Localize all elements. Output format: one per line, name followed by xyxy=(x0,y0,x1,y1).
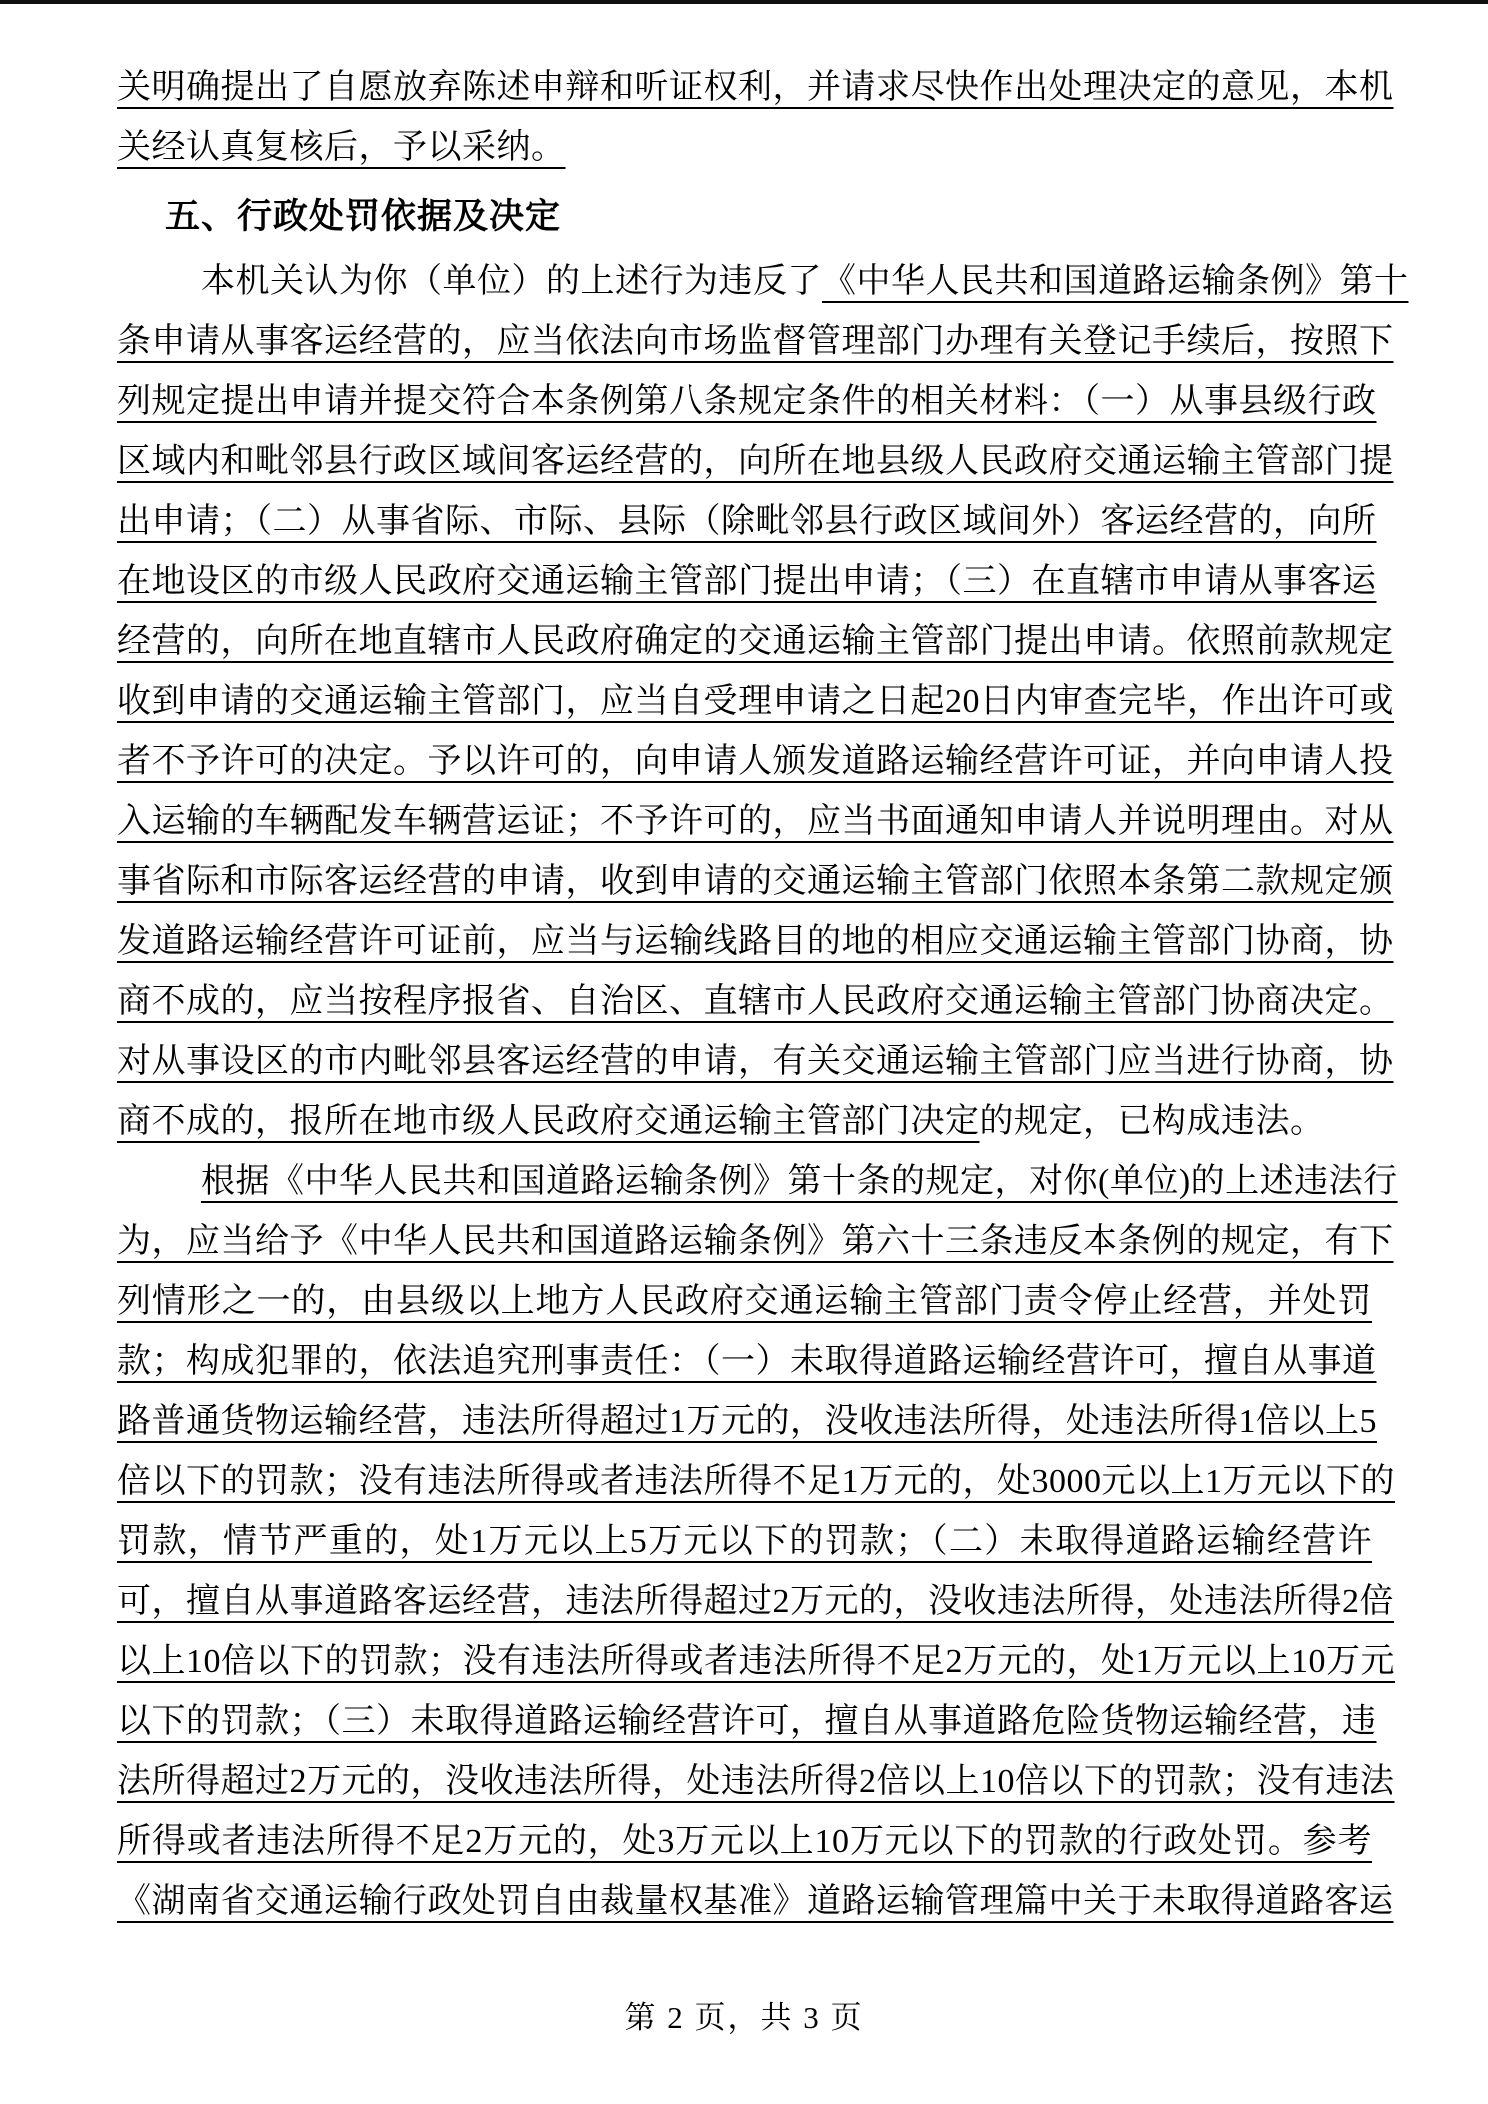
document-line: 在地设区的市级人民政府交通运输主管部门提出申请；（三）在直辖市申请从事客运 xyxy=(117,552,1372,612)
document-line: 列规定提出申请并提交符合本条例第八条规定条件的相关材料：（一）从事县级行政 xyxy=(117,372,1372,432)
underlined-text: 对从事设区的市内毗邻县客运经营的申请，有关交通运输主管部门应当进行协商，协 xyxy=(117,1043,1394,1080)
underlined-text: 所得或者违法所得不足2万元的，处3万元以上10万元以下的罚款的行政处罚。参考 xyxy=(117,1823,1372,1860)
underlined-text: 商不成的，报所在地市级人民政府交通运输主管部门决定 xyxy=(117,1103,980,1140)
underlined-text: 倍以下的罚款；没有违法所得或者违法所得不足1万元的，处3000元以上1万元以下的 xyxy=(117,1463,1395,1500)
document-body: 关明确提出了自愿放弃陈述申辩和听证权利，并请求尽快作出处理决定的意见，本机关经认… xyxy=(117,58,1372,1932)
document-line: 商不成的，报所在地市级人民政府交通运输主管部门决定的规定，已构成违法。 xyxy=(117,1092,1372,1152)
underlined-text: 经营的，向所在地直辖市人民政府确定的交通运输主管部门提出申请。依照前款规定 xyxy=(117,623,1394,660)
document-line: 《湖南省交通运输行政处罚自由裁量权基准》道路运输管理篇中关于未取得道路客运 xyxy=(117,1872,1372,1932)
document-line: 入运输的车辆配发车辆营运证；不予许可的，应当书面通知申请人并说明理由。对从 xyxy=(117,792,1372,852)
document-line: 收到申请的交通运输主管部门，应当自受理申请之日起20日内审查完毕，作出许可或 xyxy=(117,672,1372,732)
underlined-text: 商不成的，应当按程序报省、自治区、直辖市人民政府交通运输主管部门协商决定。 xyxy=(117,983,1394,1020)
document-line: 列情形之一的，由县级以上地方人民政府交通运输主管部门责令停止经营，并处罚 xyxy=(117,1272,1372,1332)
section-five-heading: 五、行政处罚依据及决定 xyxy=(117,184,1372,250)
underlined-text: 在地设区的市级人民政府交通运输主管部门提出申请；（三）在直辖市申请从事客运 xyxy=(117,563,1377,600)
underlined-text: 《中华人民共和国道路运输条例》第十 xyxy=(822,263,1409,300)
underlined-text: 可，擅自从事道路客运经营，违法所得超过2万元的，没收违法所得，处违法所得2倍 xyxy=(117,1583,1394,1620)
underlined-text: 路普通货物运输经营，违法所得超过1万元的，没收违法所得，处违法所得1倍以上5 xyxy=(117,1403,1377,1440)
document-line: 关经认真复核后，予以采纳。 xyxy=(117,118,1372,178)
underlined-text: 罚款，情节严重的，处1万元以上5万元以下的罚款；（二）未取得道路运输经营许 xyxy=(117,1523,1372,1560)
plain-text: 本机关认为你（单位）的上述行为违反了 xyxy=(201,263,822,300)
document-line: 对从事设区的市内毗邻县客运经营的申请，有关交通运输主管部门应当进行协商，协 xyxy=(117,1032,1372,1092)
underlined-text: 入运输的车辆配发车辆营运证；不予许可的，应当书面通知申请人并说明理由。对从 xyxy=(117,803,1394,840)
underlined-text: 《湖南省交通运输行政处罚自由裁量权基准》道路运输管理篇中关于未取得道路客运 xyxy=(117,1883,1394,1920)
underlined-text: 法所得超过2万元的，没收违法所得，处违法所得2倍以上10倍以下的罚款；没有违法 xyxy=(117,1763,1395,1800)
underlined-text: 款；构成犯罪的，依法追究刑事责任：（一）未取得道路运输经营许可，擅自从事道 xyxy=(117,1343,1377,1380)
document-line: 发道路运输经营许可证前，应当与运输线路目的地的相应交通运输主管部门协商，协 xyxy=(117,912,1372,972)
underlined-text: 列情形之一的，由县级以上地方人民政府交通运输主管部门责令停止经营，并处罚 xyxy=(117,1283,1372,1320)
document-line: 出申请；（二）从事省际、市际、县际（除毗邻县行政区域间外）客运经营的，向所 xyxy=(117,492,1372,552)
underlined-text: 收到申请的交通运输主管部门，应当自受理申请之日起20日内审查完毕，作出许可或 xyxy=(117,683,1394,720)
plain-text: 的规定，已构成违法。 xyxy=(980,1103,1325,1140)
document-line: 者不予许可的决定。予以许可的，向申请人颁发道路运输经营许可证，并向申请人投 xyxy=(117,732,1372,792)
document-line: 路普通货物运输经营，违法所得超过1万元的，没收违法所得，处违法所得1倍以上5 xyxy=(117,1392,1372,1452)
underlined-text: 以上10倍以下的罚款；没有违法所得或者违法所得不足2万元的，处1万元以上10万元 xyxy=(117,1643,1395,1680)
document-line: 事省际和市际客运经营的申请，收到申请的交通运输主管部门依照本条第二款规定颁 xyxy=(117,852,1372,912)
document-line: 本机关认为你（单位）的上述行为违反了《中华人民共和国道路运输条例》第十 xyxy=(117,252,1372,312)
underlined-text: 出申请；（二）从事省际、市际、县际（除毗邻县行政区域间外）客运经营的，向所 xyxy=(117,503,1377,540)
document-line: 条申请从事客运经营的，应当依法向市场监督管理部门办理有关登记手续后，按照下 xyxy=(117,312,1372,372)
underlined-text: 关明确提出了自愿放弃陈述申辩和听证权利，并请求尽快作出处理决定的意见，本机 xyxy=(117,69,1394,106)
document-line: 商不成的，应当按程序报省、自治区、直辖市人民政府交通运输主管部门协商决定。 xyxy=(117,972,1372,1032)
underlined-text: 事省际和市际客运经营的申请，收到申请的交通运输主管部门依照本条第二款规定颁 xyxy=(117,863,1394,900)
document-line: 所得或者违法所得不足2万元的，处3万元以上10万元以下的罚款的行政处罚。参考 xyxy=(117,1812,1372,1872)
scan-edge-artifact xyxy=(0,0,1488,4)
underlined-text: 根据《中华人民共和国道路运输条例》第十条的规定，对你(单位)的上述违法行 xyxy=(201,1163,1398,1200)
underlined-text: 为，应当给予《中华人民共和国道路运输条例》第六十三条违反本条例的规定，有下 xyxy=(117,1223,1394,1260)
document-line: 关明确提出了自愿放弃陈述申辩和听证权利，并请求尽快作出处理决定的意见，本机 xyxy=(117,58,1372,118)
underlined-text: 关经认真复核后，予以采纳。 xyxy=(117,129,566,166)
document-line: 经营的，向所在地直辖市人民政府确定的交通运输主管部门提出申请。依照前款规定 xyxy=(117,612,1372,672)
document-line: 为，应当给予《中华人民共和国道路运输条例》第六十三条违反本条例的规定，有下 xyxy=(117,1212,1372,1272)
underlined-text: 者不予许可的决定。予以许可的，向申请人颁发道路运输经营许可证，并向申请人投 xyxy=(117,743,1394,780)
document-line: 可，擅自从事道路客运经营，违法所得超过2万元的，没收违法所得，处违法所得2倍 xyxy=(117,1572,1372,1632)
document-line: 区域内和毗邻县行政区域间客运经营的，向所在地县级人民政府交通运输主管部门提 xyxy=(117,432,1372,492)
document-line: 以上10倍以下的罚款；没有违法所得或者违法所得不足2万元的，处1万元以上10万元 xyxy=(117,1632,1372,1692)
underlined-text: 以下的罚款；（三）未取得道路运输经营许可，擅自从事道路危险货物运输经营，违 xyxy=(117,1703,1377,1740)
page-number: 第 2 页，共 3 页 xyxy=(0,1992,1488,2037)
document-line: 根据《中华人民共和国道路运输条例》第十条的规定，对你(单位)的上述违法行 xyxy=(117,1152,1372,1212)
underlined-text: 区域内和毗邻县行政区域间客运经营的，向所在地县级人民政府交通运输主管部门提 xyxy=(117,443,1394,480)
underlined-text: 条申请从事客运经营的，应当依法向市场监督管理部门办理有关登记手续后，按照下 xyxy=(117,323,1394,360)
document-line: 以下的罚款；（三）未取得道路运输经营许可，擅自从事道路危险货物运输经营，违 xyxy=(117,1692,1372,1752)
document-line: 倍以下的罚款；没有违法所得或者违法所得不足1万元的，处3000元以上1万元以下的 xyxy=(117,1452,1372,1512)
underlined-text: 发道路运输经营许可证前，应当与运输线路目的地的相应交通运输主管部门协商，协 xyxy=(117,923,1394,960)
underlined-text: 列规定提出申请并提交符合本条例第八条规定条件的相关材料：（一）从事县级行政 xyxy=(117,383,1377,420)
document-line: 罚款，情节严重的，处1万元以上5万元以下的罚款；（二）未取得道路运输经营许 xyxy=(117,1512,1372,1572)
document-line: 款；构成犯罪的，依法追究刑事责任：（一）未取得道路运输经营许可，擅自从事道 xyxy=(117,1332,1372,1392)
document-line: 法所得超过2万元的，没收违法所得，处违法所得2倍以上10倍以下的罚款；没有违法 xyxy=(117,1752,1372,1812)
